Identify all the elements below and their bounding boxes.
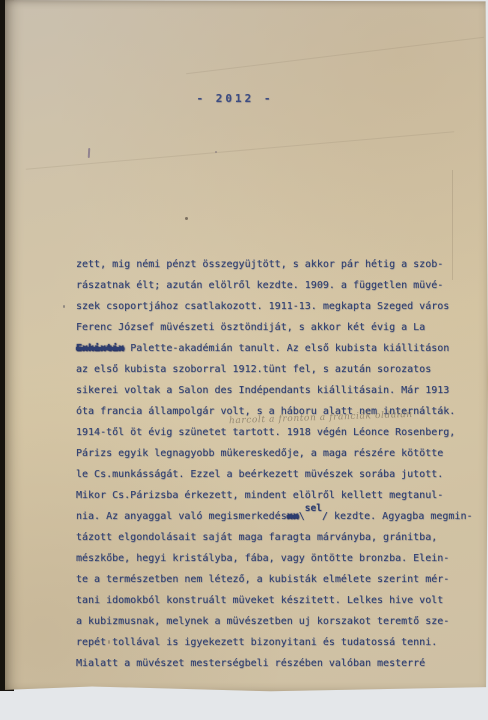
ink-speck: [215, 151, 217, 153]
ink-speck: [88, 148, 91, 158]
scan-background: - 2012 - zett, mig némi pénzt összegyüjt…: [0, 0, 488, 720]
typed-line: Párizs egyik legnagyobb mükereskedője, a…: [76, 443, 476, 464]
typed-line: zett, mig némi pénzt összegyüjtött, s ak…: [76, 254, 476, 275]
typed-line-text: nia. Az anyaggal való megismerkedés: [76, 511, 287, 522]
typed-line: tázott elgondolásait saját maga faragta …: [76, 527, 476, 548]
struck-letters: xx: [287, 511, 299, 522]
typed-paragraph: zett, mig némi pénzt összegyüjtött, s ak…: [76, 254, 476, 674]
typed-line: le Cs.munkásságát. Ezzel a beérkezett mü…: [76, 464, 476, 485]
typed-line: a kubizmusnak, melynek a müvészetben uj …: [76, 611, 476, 632]
typed-line: szek csoportjához csatlakozott. 1911-13.…: [76, 296, 476, 317]
typed-line: Ferenc József müvészeti ösztöndiját, s a…: [76, 317, 476, 338]
typed-line: sikerei voltak a Salon des Indépendants …: [76, 380, 476, 401]
typed-line-text: kezdte. Agyagba megmin-: [328, 511, 473, 522]
crease-line: [186, 37, 484, 75]
typed-line: repét tollával is igyekezett bizonyitani…: [76, 632, 476, 653]
typed-line: az első kubista szoborral 1912.tünt fel,…: [76, 359, 476, 380]
struck-word: Exkixtix: [76, 343, 124, 354]
typed-line: mészkőbe, hegyi kristályba, fába, vagy ö…: [76, 548, 476, 569]
ink-speck: [63, 305, 65, 308]
typed-line: nia. Az anyaggal való megismerkedésxx\se…: [76, 506, 476, 527]
typed-line: 1914-től öt évig szünetet tartott. 1918 …: [76, 422, 476, 443]
typed-line: Mialatt a müvészet mesterségbeli részébe…: [76, 653, 476, 674]
typed-line: rászatnak élt; azután elölről kezdte. 19…: [76, 275, 476, 296]
document-page: - 2012 - zett, mig némi pénzt összegyüjt…: [5, 0, 488, 692]
typed-line: Mikor Cs.Párizsba érkezett, mindent elöl…: [76, 485, 476, 506]
typed-line: te a természetben nem létező, a kubisták…: [76, 569, 476, 590]
typed-line: Exkixtix Palette-akadémián tanult. Az el…: [76, 338, 476, 359]
typed-line-text: Palette-akadémián tanult. Az első kubist…: [124, 343, 449, 354]
typed-line: tani idomokból konstruált müveket készit…: [76, 590, 476, 611]
inserted-word: sel: [305, 498, 322, 519]
page-number: - 2012 -: [5, 92, 465, 105]
ink-speck: [185, 217, 188, 220]
